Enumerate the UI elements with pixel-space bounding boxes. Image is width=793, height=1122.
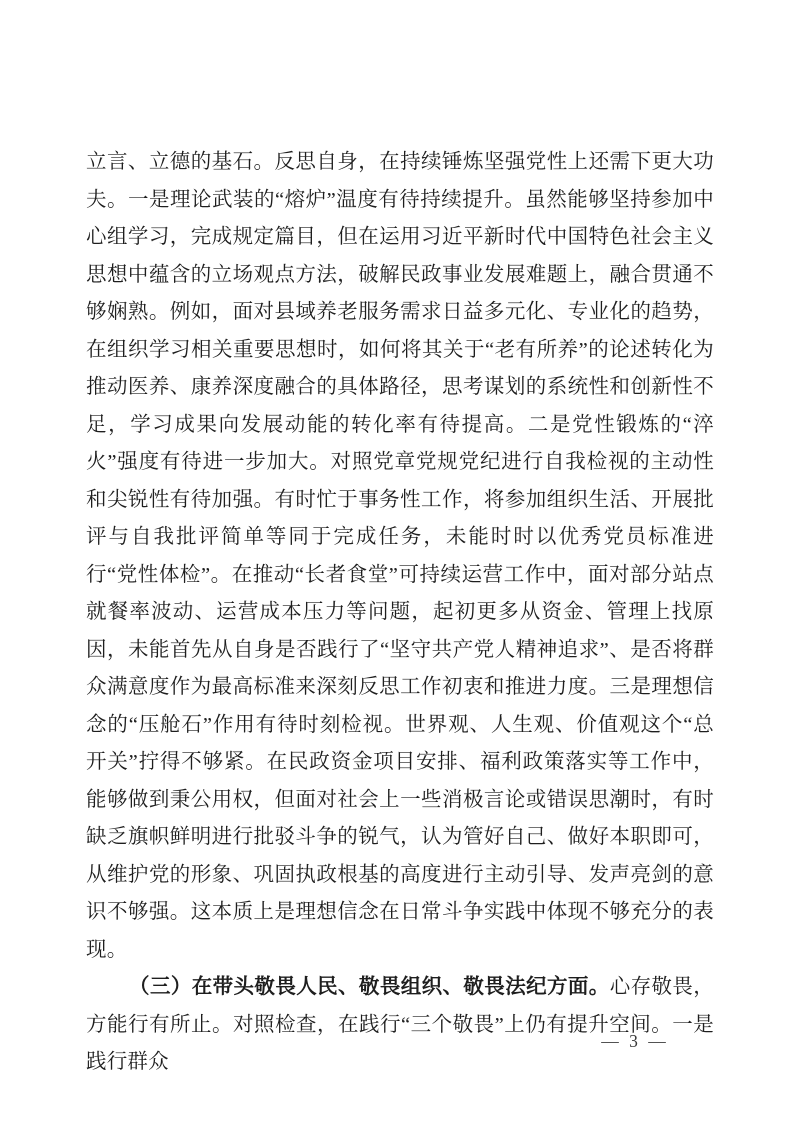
- document-body: 立言、立德的基石。反思自身，在持续锤炼坚强党性上还需下更大功夫。一是理论武装的“…: [86, 144, 714, 1082]
- paragraph: 立言、立德的基石。反思自身，在持续锤炼坚强党性上还需下更大功夫。一是理论武装的“…: [86, 144, 714, 969]
- text-run: 立言、立德的基石。反思自身，在持续锤炼坚强党性上还需下更大功夫。一是理论武装的“…: [86, 151, 714, 961]
- page-number: — 3 —: [585, 1031, 685, 1052]
- document-page: 立言、立德的基石。反思自身，在持续锤炼坚强党性上还需下更大功夫。一是理论武装的“…: [0, 0, 793, 1122]
- paragraph: （三）在带头敬畏人民、敬畏组织、敬畏法纪方面。心存敬畏，方能行有所止。对照检查，…: [86, 969, 714, 1082]
- text-run-bold: （三）在带头敬畏人民、敬畏组织、敬畏法纪方面。: [129, 976, 610, 998]
